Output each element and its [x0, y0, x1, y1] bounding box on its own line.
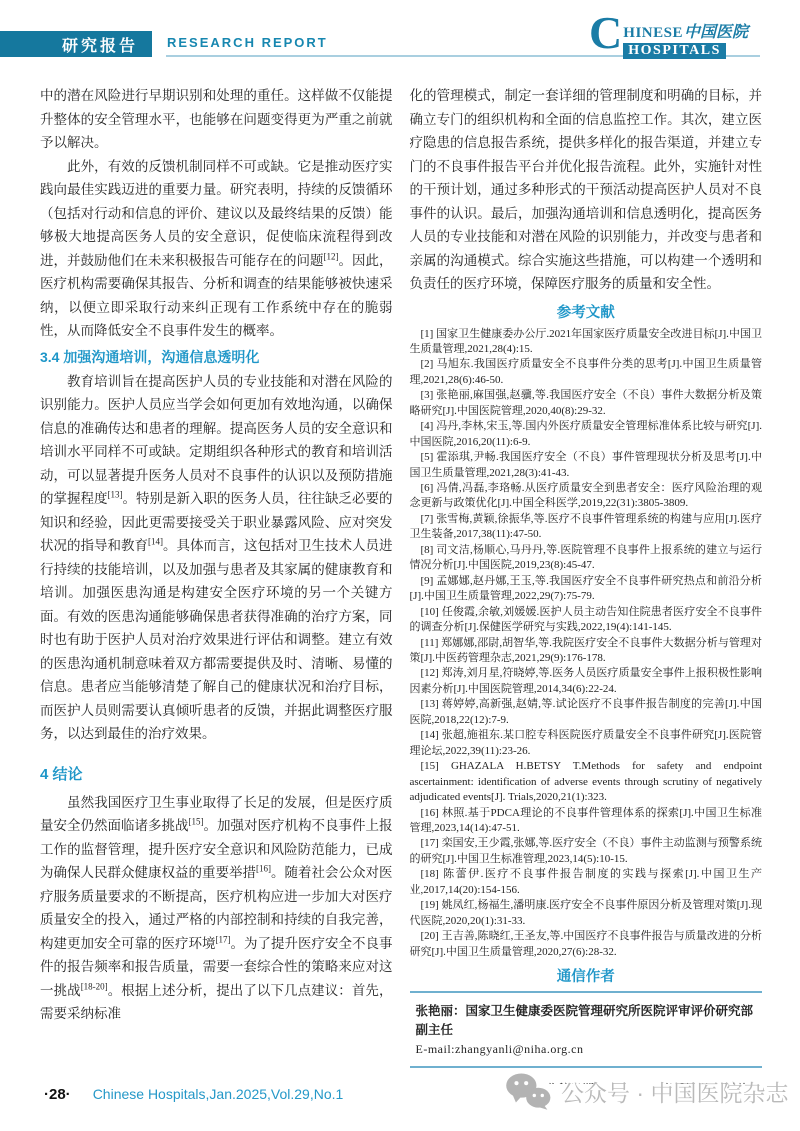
page-footer: ·28· Chinese Hospitals,Jan.2025,Vol.29,N… [44, 1086, 343, 1103]
paragraph: 化的管理模式，制定一套详细的管理制度和明确的目标，并确立专门的组织机构和全面的信… [410, 84, 763, 296]
page-number: ·28· [44, 1086, 71, 1103]
journal-page: 研究报告 RESEARCH REPORT C HINESE 中国医院 HOSPI… [0, 0, 800, 1131]
reference-item: [12] 郑涛,刘月星,符晓婷,等.医务人员医疗质量安全事件上报积极性影响因素分… [410, 666, 763, 697]
category-cn-label: 研究报告 [62, 33, 138, 56]
paragraph: 虽然我国医疗卫生事业取得了长足的发展，但是医疗质量安全仍然面临诸多挑战[15]。… [40, 791, 393, 1026]
wechat-icon [505, 1072, 551, 1110]
reference-item: [11] 郑娜娜,邵尉,胡智华,等.我院医疗安全不良事件大数据分析与管理对策[J… [410, 636, 763, 667]
paragraph: 此外，有效的反馈机制同样不可或缺。它是推动医疗实践向最佳实践迈进的重要力量。研究… [40, 155, 393, 343]
chinese-hospitals-logo: C HINESE 中国医院 HOSPITALS [589, 13, 748, 59]
category-en-label: RESEARCH REPORT [167, 35, 328, 50]
reference-item: [10] 任俊霞,余敏,刘媛媛.医护人员主动告知住院患者医疗安全不良事件的调查分… [410, 605, 763, 636]
reference-item: [1] 国家卫生健康委办公厅.2021年国家医疗质量安全改进目标[J].中国卫生… [410, 327, 763, 358]
right-column: 化的管理模式，制定一套详细的管理制度和明确的目标，并确立专门的组织机构和全面的信… [410, 84, 763, 1084]
reference-item: [20] 王吉善,陈晓红,王圣友,等.中国医疗不良事件报告与质量改进的分析研究[… [410, 929, 763, 960]
paragraph: 中的潜在风险进行早期识别和处理的重任。这样做不仅能提升整体的安全管理水平，也能够… [40, 84, 393, 155]
reference-item: [18] 陈蕾伊.医疗不良事件报告制度的实践与探索[J].中国卫生产业,2017… [410, 867, 763, 898]
references-heading: 参考文献 [410, 301, 763, 322]
reference-item: [4] 冯丹,李林,宋玉,等.国内外医疗质量安全管理标准体系比较与研究[J].中… [410, 419, 763, 450]
reference-item: [16] 林照.基于PDCA理论的不良事件管理体系的探索[J].中国卫生标准管理… [410, 806, 763, 837]
section-heading-3-4: 3.4 加强沟通培训，沟通信息透明化 [40, 347, 393, 367]
reference-item: [2] 马旭东.我国医疗质量安全不良事件分类的思考[J].中国卫生质量管理,20… [410, 357, 763, 388]
reference-item: [3] 张艳丽,麻国强,赵骥,等.我国医疗安全（不良）事件大数据分析及策略研究[… [410, 388, 763, 419]
reference-item: [15] GHAZALA H.BETSY T.Methods for safet… [410, 759, 763, 805]
journal-citation: Chinese Hospitals,Jan.2025,Vol.29,No.1 [93, 1086, 344, 1102]
left-column: 中的潜在风险进行早期识别和处理的重任。这样做不仅能提升整体的安全管理水平，也能够… [40, 84, 393, 1084]
reference-item: [9] 孟娜娜,赵丹娜,王玉,等.我国医疗安全不良事件研究热点和前沿分析[J].… [410, 574, 763, 605]
article-body: 中的潜在风险进行早期识别和处理的重任。这样做不仅能提升整体的安全管理水平，也能够… [40, 84, 762, 1084]
logo-letter-c: C [589, 13, 622, 52]
reference-item: [5] 霍添琪,尹畅.我国医疗安全（不良）事件管理现状分析及思考[J].中国卫生… [410, 450, 763, 481]
wechat-label: 公众号 · 中国医院杂志 [561, 1075, 788, 1108]
paragraph: 教育培训旨在提高医护人员的专业技能和对潜在风险的识别能力。医护人员应当学会如何更… [40, 370, 393, 746]
reference-item: [17] 栾国安,王少霞,张娜,等.医疗安全（不良）事件主动监测与预警系统的研究… [410, 836, 763, 867]
reference-item: [14] 张超,施祖东.某口腔专科医院医疗质量安全不良事件研究[J].医院管理论… [410, 728, 763, 759]
corresponding-author-heading: 通信作者 [410, 965, 763, 986]
author-email: E-mail:zhangyanli@niha.org.cn [416, 1040, 763, 1058]
reference-item: [19] 姚凤红,杨福生,潘明康.医疗安全不良事件原因分析及管理对策[J].现代… [410, 898, 763, 929]
logo-chinese-text: 中国医院 [684, 19, 748, 42]
section-heading-4: 4 结论 [40, 763, 393, 784]
references-list: [1] 国家卫生健康委办公厅.2021年国家医疗质量安全改进目标[J].中国卫生… [410, 327, 763, 961]
author-affiliation: 张艳丽：国家卫生健康委医院管理研究所医院评审评价研究部副主任 [416, 1002, 763, 1040]
logo-hospitals-text: HOSPITALS [623, 43, 726, 59]
reference-item: [6] 冯倩,冯磊,李珞畅.从医疗质量安全到患者安全：医疗风险治理的观念更新与政… [410, 481, 763, 512]
reference-item: [8] 司文洁,杨顺心,马丹丹,等.医院管理不良事件上报系统的建立与运行情况分析… [410, 543, 763, 574]
reference-item: [7] 张雪梅,黄颖,徐振华,等.医疗不良事件管理系统的构建与应用[J].医疗卫… [410, 512, 763, 543]
wechat-watermark: 公众号 · 中国医院杂志 [505, 1072, 788, 1110]
logo-hinese-text: HINESE [623, 25, 683, 42]
corresponding-author-block: 张艳丽：国家卫生健康委医院管理研究所医院评审评价研究部副主任 E-mail:zh… [410, 991, 763, 1068]
reference-item: [13] 蒋婷婷,高新强,赵婧,等.试论医疗不良事件报告制度的完善[J].中国医… [410, 697, 763, 728]
category-band: 研究报告 [0, 31, 152, 57]
